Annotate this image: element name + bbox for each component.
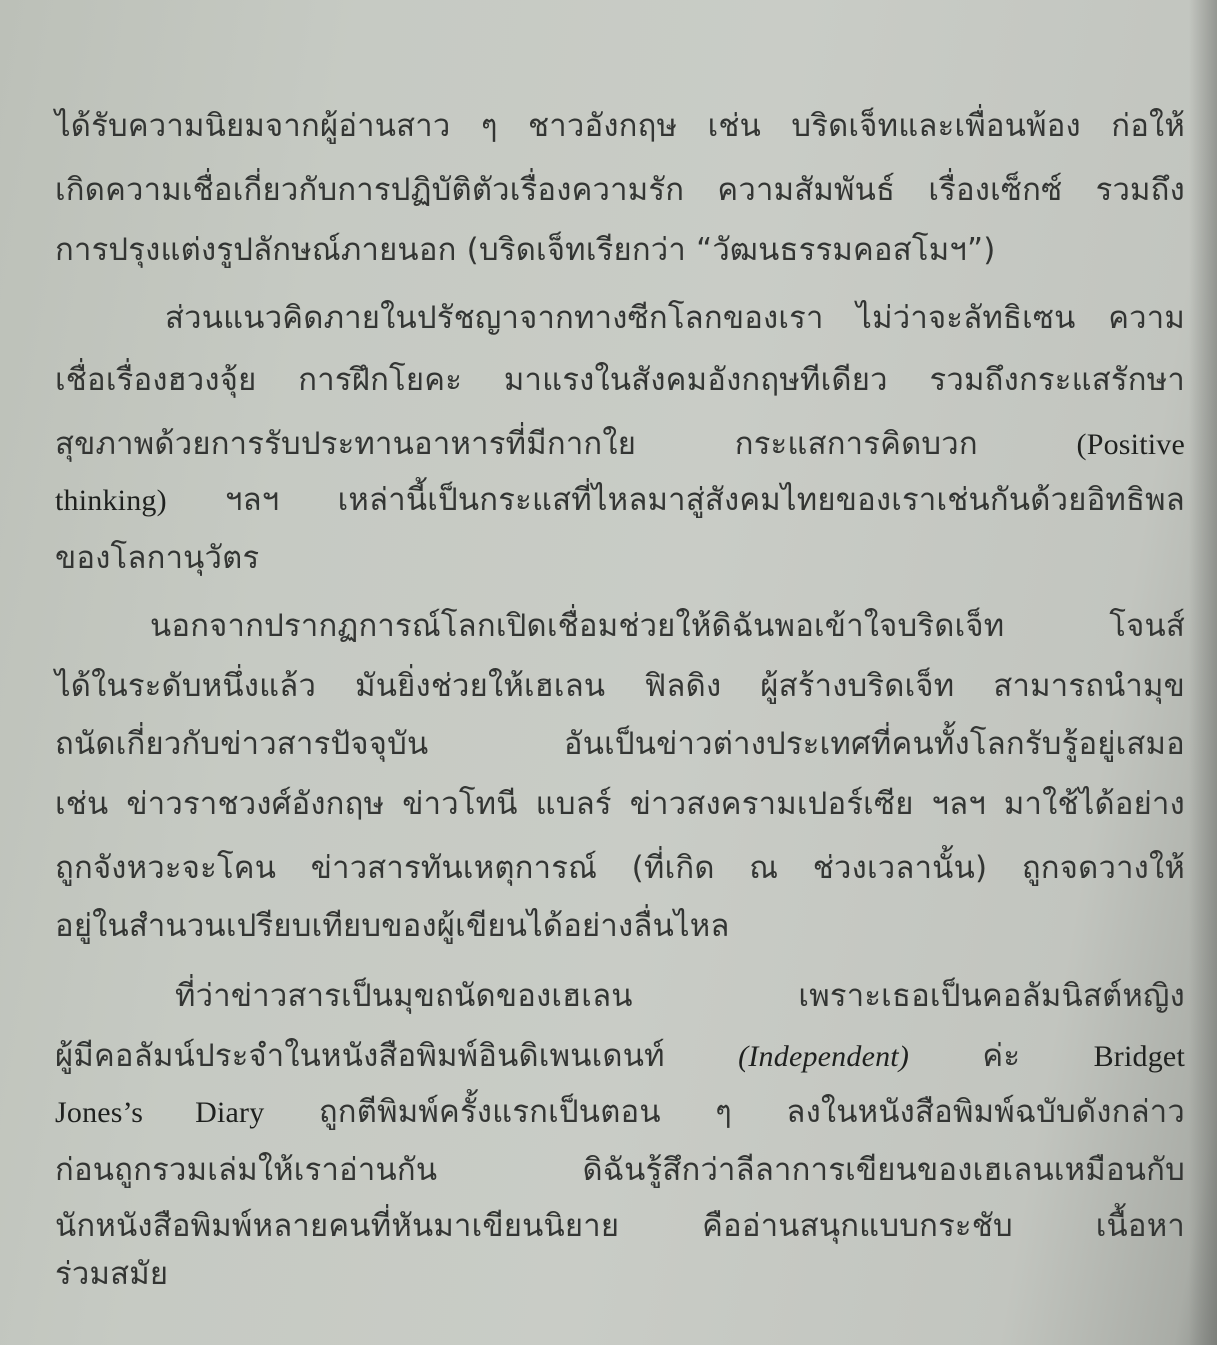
text-line: เช่น ข่าวราชวงศ์อังกฤษ ข่าวโทนี แบลร์ ข่…	[55, 784, 1185, 824]
text-line: ได้ในระดับหนึ่งแล้ว มันยิ่งช่วยให้เฮเลน …	[55, 666, 1185, 706]
thai-text: ถูกตีพิมพ์ครั้งแรกเป็นตอน ๆ ลงในหนังสือพ…	[264, 1094, 1185, 1130]
text-line: ผู้มีคอลัมน์ประจำในหนังสือพิมพ์อินดิเพนเ…	[55, 1036, 1185, 1077]
paragraph-first-line: ที่ว่าข่าวสารเป็นมุขถนัดของเฮเลน เพราะเธ…	[55, 976, 1185, 1016]
text-line: Jones’s Diary ถูกตีพิมพ์ครั้งแรกเป็นตอน …	[55, 1092, 1185, 1133]
paragraph-first-line: นอกจากปรากฏการณ์โลกเปิดเชื่อมช่วยให้ดิฉั…	[55, 606, 1185, 646]
book-page: ได้รับความนิยมจากผู้อ่านสาว ๆ ชาวอังกฤษ …	[0, 0, 1217, 1345]
latin-term: (Positive	[1077, 428, 1185, 461]
latin-term-italic: (Independent)	[738, 1040, 909, 1073]
text-line: ได้รับความนิยมจากผู้อ่านสาว ๆ ชาวอังกฤษ …	[55, 106, 1185, 146]
latin-term: Bridget	[1094, 1040, 1185, 1073]
text-line: นักหนังสือพิมพ์หลายคนที่หันมาเขียนนิยาย …	[55, 1206, 1185, 1246]
thai-text: ฯลฯ เหล่านี้เป็นกระแสที่ไหลมาสู่สังคมไทย…	[167, 482, 1185, 518]
text-line: อยู่ในสำนวนเปรียบเทียบของผู้เขียนได้อย่า…	[55, 906, 1185, 946]
latin-term: Jones’s Diary	[55, 1096, 264, 1129]
text-line: ถนัดเกี่ยวกับข่าวสารปัจจุบัน อันเป็นข่าว…	[55, 724, 1185, 764]
text-line: ถูกจังหวะจะโคน ข่าวสารทันเหตุการณ์ (ที่เ…	[55, 848, 1185, 888]
thai-text: ค่ะ	[909, 1038, 1094, 1074]
text-line: ก่อนถูกรวมเล่มให้เราอ่านกัน ดิฉันรู้สึกว…	[55, 1150, 1185, 1190]
text-line: เกิดความเชื่อเกี่ยวกับการปฏิบัติตัวเรื่อ…	[55, 170, 1185, 210]
page-edge-shadow	[1189, 0, 1217, 1345]
thai-text: สุขภาพด้วยการรับประทานอาหารที่มีกากใย กร…	[55, 426, 1077, 462]
text-line: เชื่อเรื่องฮวงจุ้ย การฝึกโยคะ มาแรงในสัง…	[55, 360, 1185, 400]
text-line: การปรุงแต่งรูปลักษณ์ภายนอก (บริดเจ็ทเรีย…	[55, 230, 1185, 270]
text-line: สุขภาพด้วยการรับประทานอาหารที่มีกากใย กร…	[55, 424, 1185, 465]
text-line: ของโลกานุวัตร	[55, 538, 1185, 578]
latin-term: thinking)	[55, 484, 167, 517]
paragraph-first-line: ส่วนแนวคิดภายในปรัชญาจากทางซีกโลกของเรา …	[55, 298, 1185, 338]
text-line: ร่วมสมัย	[55, 1254, 1185, 1294]
thai-text: ผู้มีคอลัมน์ประจำในหนังสือพิมพ์อินดิเพนเ…	[55, 1038, 738, 1074]
text-line: thinking) ฯลฯ เหล่านี้เป็นกระแสที่ไหลมาส…	[55, 480, 1185, 521]
